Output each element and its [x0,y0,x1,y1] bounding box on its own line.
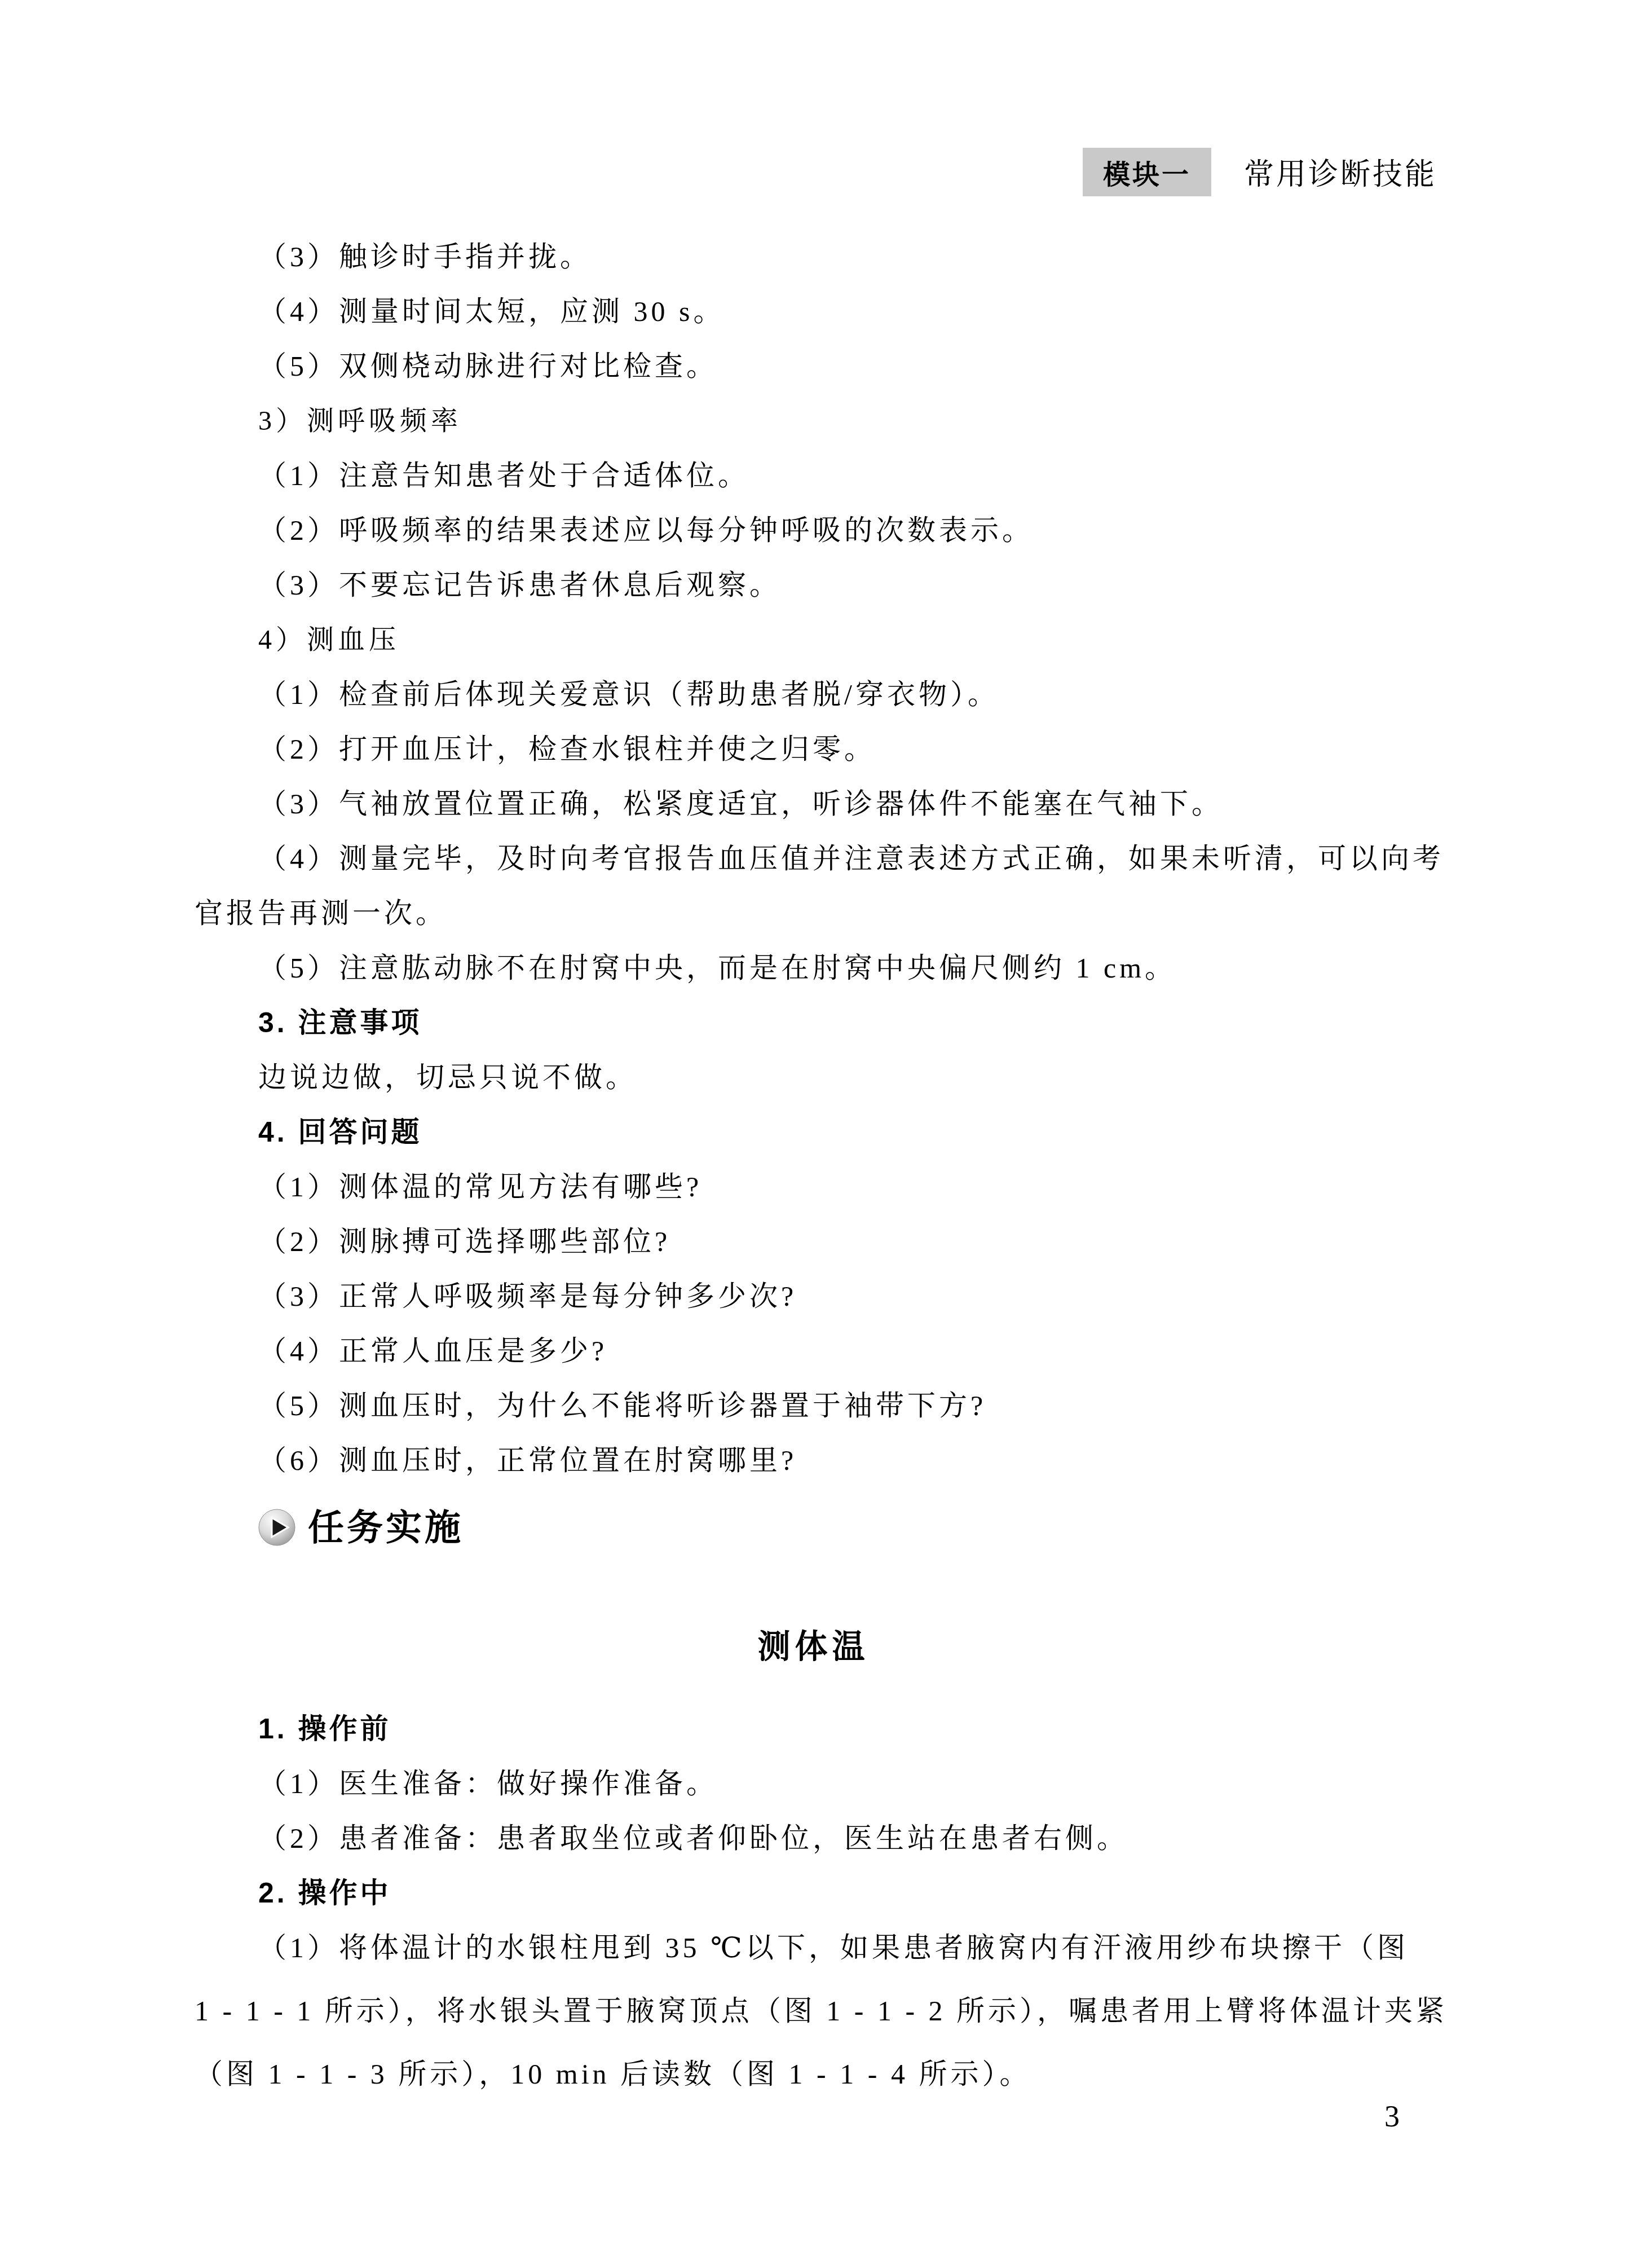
text-line: （1）将体温计的水银柱甩到 35 ℃以下，如果患者腋窝内有汗液用纱布块擦干（图 [195,1916,1452,1979]
text-line-continuation: 1 - 1 - 1 所示），将水银头置于腋窝顶点（图 1 - 1 - 2 所示）… [195,1979,1452,2042]
text-line: （5）注意肱动脉不在肘窝中央，而是在肘窝中央偏尺侧约 1 cm。 [195,941,1452,996]
text-line-continuation: 官报告再测一次。 [195,886,1452,941]
text-line: （1）医生准备：做好操作准备。 [195,1756,1452,1811]
text-line-continuation: （图 1 - 1 - 3 所示），10 min 后读数（图 1 - 1 - 4 … [195,2042,1452,2106]
chapter-title: 常用诊断技能 [1244,148,1437,196]
section-heading: 1. 操作前 [195,1702,1452,1756]
module-badge-label: 模块一 [1103,153,1191,192]
module-badge: 模块一 [1083,148,1211,196]
text-line: （5）双侧桡动脉进行对比检查。 [195,339,1452,394]
page-subtitle: 测体温 [195,1620,1432,1667]
text-line: （1）测体温的常见方法有哪些? [195,1160,1452,1214]
chapter-title-label: 常用诊断技能 [1244,151,1437,193]
text-block-paragraph: （1）将体温计的水银柱甩到 35 ℃以下，如果患者腋窝内有汗液用纱布块擦干（图 … [195,1916,1452,2106]
text-line: （1）注意告知患者处于合适体位。 [195,448,1452,503]
play-icon [258,1509,295,1546]
text-block-procedure: 1. 操作前 （1）医生准备：做好操作准备。 （2）患者准备：患者取坐位或者仰卧… [195,1702,1452,1921]
section-heading: 3. 注意事项 [195,996,1452,1050]
text-line: （6）测血压时，正常位置在肘窝哪里? [195,1433,1452,1488]
text-line: （4）测量完毕，及时向考官报告血压值并注意表述方式正确，如果未听清，可以向考 [195,831,1452,886]
text-line: （2）测脉搏可选择哪些部位? [195,1214,1452,1269]
text-line: （5）测血压时，为什么不能将听诊器置于袖带下方? [195,1379,1452,1433]
section-heading: 4. 回答问题 [195,1105,1452,1160]
text-line: （2）打开血压计，检查水银柱并使之归零。 [195,722,1452,777]
text-line: （3）正常人呼吸频率是每分钟多少次? [195,1269,1452,1324]
text-line: （4）测量时间太短，应测 30 s。 [195,284,1452,339]
text-line: （4）正常人血压是多少? [195,1324,1452,1379]
text-block-checklist: （3）触诊时手指并拢。 （4）测量时间太短，应测 30 s。 （5）双侧桡动脉进… [195,230,1452,1488]
text-line: （3）触诊时手指并拢。 [195,230,1452,284]
page-number: 3 [1384,2099,1400,2133]
section-heading: 2. 操作中 [195,1866,1452,1921]
subheading-kaiti: 3）测呼吸频率 [195,394,1452,448]
task-section-title: 任务实施 [308,1505,464,1550]
subheading-kaiti: 4）测血压 [195,613,1452,667]
book-page: { "page": { "number": "3", "background":… [0,0,1628,2268]
text-line: （3）不要忘记告诉患者休息后观察。 [195,558,1452,613]
text-line: （3）气袖放置位置正确，松紧度适宜，听诊器体件不能塞在气袖下。 [195,777,1452,831]
text-line: 边说边做，切忌只说不做。 [195,1050,1452,1105]
text-line: （2）患者准备：患者取坐位或者仰卧位，医生站在患者右侧。 [195,1811,1452,1866]
text-line: （2）呼吸频率的结果表述应以每分钟呼吸的次数表示。 [195,503,1452,558]
text-line: （1）检查前后体现关爱意识（帮助患者脱/穿衣物）。 [195,667,1452,722]
task-section-header: 任务实施 [258,1505,464,1550]
